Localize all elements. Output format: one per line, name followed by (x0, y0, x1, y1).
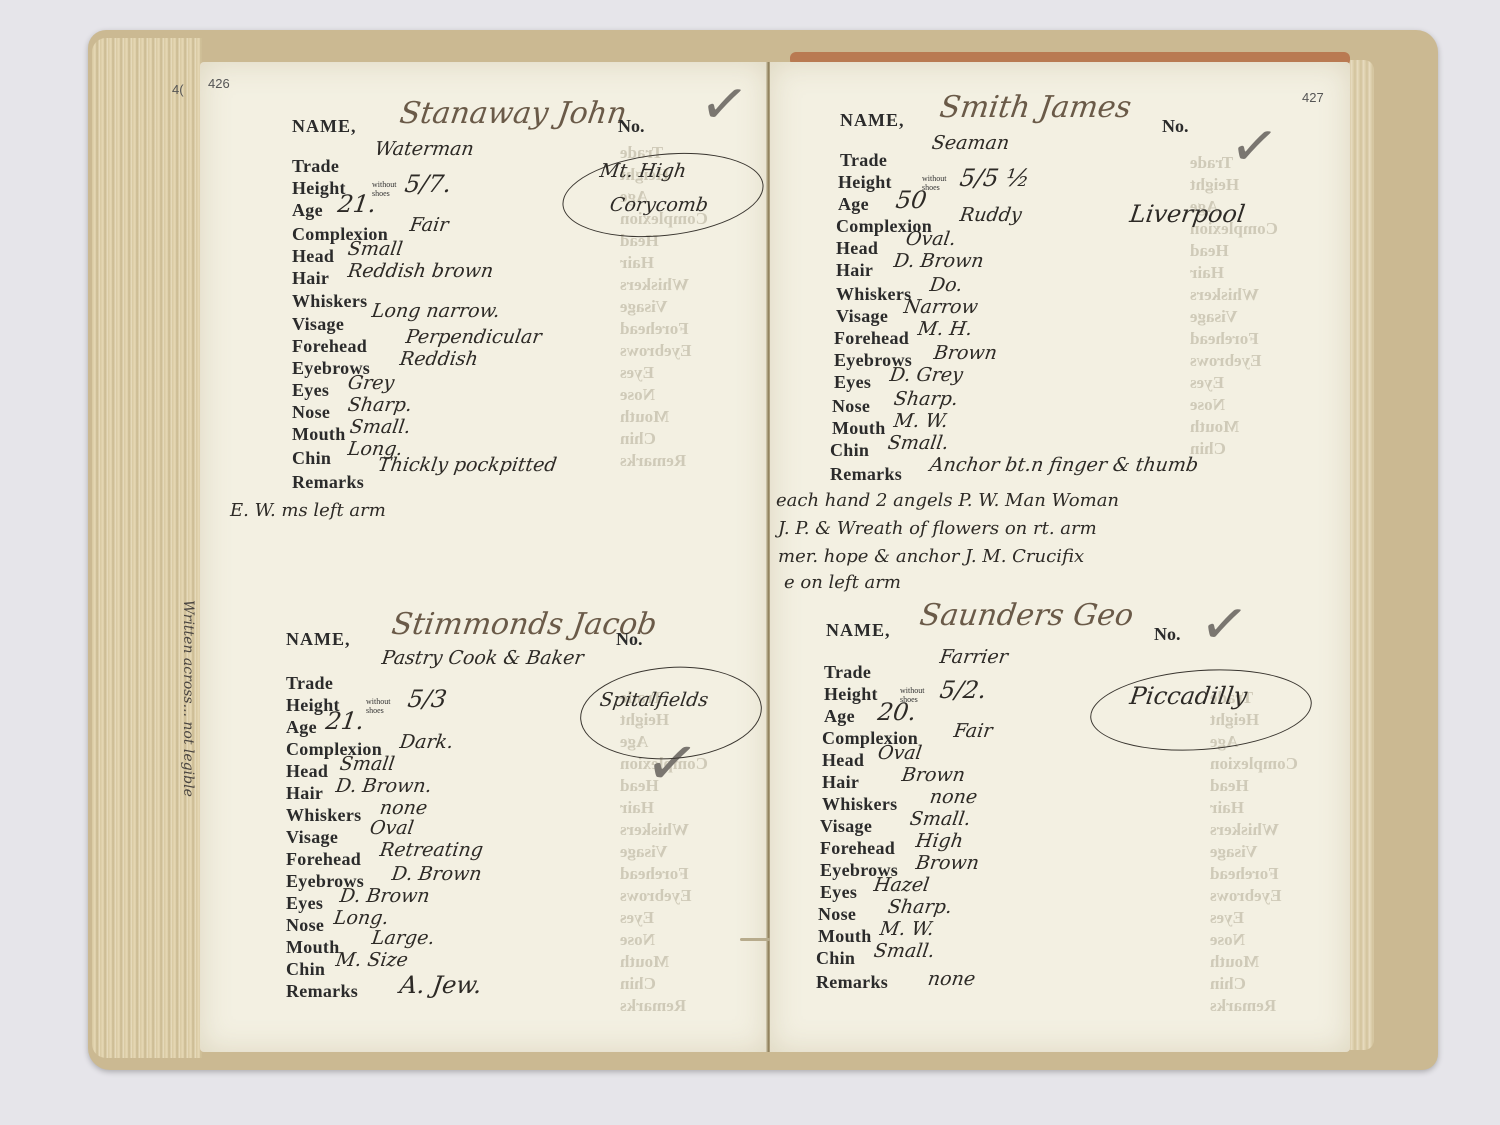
name-label: NAME, (826, 620, 891, 641)
forehead-value: Retreating (378, 839, 484, 861)
name-label: NAME, (292, 116, 357, 137)
mouth-label: Mouth (292, 424, 346, 445)
hair-value: D. Brown. (334, 775, 433, 797)
nose-value: Sharp. (346, 394, 413, 416)
location-value: Spitalfields (598, 689, 709, 711)
trade-value: Waterman (373, 138, 475, 160)
remarks-line: each hand 2 angels P. W. Man Woman (776, 490, 1119, 511)
checkmark-icon: ✓ (1226, 109, 1284, 183)
number-label: No. (1162, 116, 1189, 137)
remarks-line: mer. hope & anchor J. M. Crucifix (778, 546, 1084, 567)
trade-label: Trade (286, 673, 333, 694)
entry-name: Stanaway John (398, 96, 629, 131)
head-label: Head (822, 750, 864, 771)
remarks-label: Remarks (292, 472, 364, 493)
trade-label: Trade (292, 156, 339, 177)
trade-label: Trade (824, 662, 871, 683)
hair-label: Hair (286, 783, 323, 804)
remarks-label: Remarks (816, 972, 888, 993)
mouth-label: Mouth (818, 926, 872, 947)
hair-label: Hair (822, 772, 859, 793)
mouth-value: M. W. (892, 410, 949, 432)
head-value: Oval (876, 742, 923, 764)
whiskers-label: Whiskers (292, 291, 367, 312)
mouth-value: M. W. (878, 918, 935, 940)
visage-value: Narrow (902, 296, 979, 318)
age-label: Age (838, 194, 869, 215)
head-value: Small (338, 753, 396, 775)
forehead-label: Forehead (820, 838, 895, 859)
nose-label: Nose (292, 402, 330, 423)
eyes-label: Eyes (834, 372, 871, 393)
remarks-line: e on left arm (784, 572, 901, 593)
height-note: without shoes (366, 697, 396, 715)
height-value: 5/2. (938, 676, 988, 704)
checkmark-icon: ✓ (1196, 587, 1254, 661)
eyes-value: Grey (346, 372, 395, 394)
location-value: Liverpool (1128, 200, 1247, 228)
forehead-value: Perpendicular (404, 326, 543, 348)
entry-name: Smith James (938, 90, 1134, 125)
nose-value: Sharp. (892, 388, 959, 410)
complexion-value: Fair (952, 720, 993, 742)
remarks-label: Remarks (830, 464, 902, 485)
remarks-value: none (926, 968, 976, 990)
age-value: 21. (336, 190, 378, 218)
number-label: No. (1154, 624, 1181, 645)
checkmark-icon: ✓ (696, 67, 754, 141)
eyes-label: Eyes (286, 893, 323, 914)
page-number: 427 (1302, 90, 1324, 105)
age-label: Age (292, 200, 323, 221)
trade-label: Trade (840, 150, 887, 171)
trade-value: Pastry Cook & Baker (380, 647, 585, 669)
remarks-label: Remarks (286, 981, 358, 1002)
remarks-continued: E. W. ms left arm (230, 500, 386, 521)
eyes-value: D. Brown (338, 885, 431, 907)
prior-page-number: 4( (172, 82, 184, 97)
left-page: 426 4( TradeHeightAgeComplexionHeadHairW… (200, 62, 768, 1052)
forehead-value: M. H. (916, 318, 973, 340)
forehead-label: Forehead (292, 336, 367, 357)
eyes-label: Eyes (292, 380, 329, 401)
eyebrows-value: Brown (932, 342, 998, 364)
whiskers-label: Whiskers (836, 284, 911, 305)
age-label: Age (286, 717, 317, 738)
whiskers-label: Whiskers (286, 805, 361, 826)
nose-label: Nose (832, 396, 870, 417)
mouth-value: Large. (370, 927, 436, 949)
mouth-value: Small. (348, 416, 412, 438)
nose-label: Nose (286, 915, 324, 936)
height-label: Height (838, 172, 892, 193)
complexion-value: Fair (408, 214, 449, 236)
location-value: Piccadilly (1128, 682, 1249, 710)
number-label: No. (618, 116, 645, 137)
head-label: Head (286, 761, 328, 782)
whiskers-value: Do. (928, 274, 963, 296)
forehead-label: Forehead (834, 328, 909, 349)
head-label: Head (292, 246, 334, 267)
visage-value: Long narrow. (370, 300, 501, 322)
age-value: 50 (894, 186, 928, 214)
hair-value: Brown (900, 764, 966, 786)
height-label: Height (824, 684, 878, 705)
eyes-value: D. Grey (888, 364, 964, 386)
bleed-through-text: TradeHeightAgeComplexionHeadHairWhiskers… (1190, 152, 1300, 460)
eyebrows-value: D. Brown (390, 863, 483, 885)
name-label: NAME, (286, 629, 351, 650)
remarks-value: A. Jew. (398, 971, 484, 999)
complexion-value: Dark. (398, 731, 454, 753)
whiskers-value: none (378, 797, 428, 819)
chin-value: M. Size (334, 949, 409, 971)
age-label: Age (824, 706, 855, 727)
visage-label: Visage (292, 314, 344, 335)
visage-value: Oval (368, 817, 415, 839)
right-page: 427 TradeHeightAgeComplexionHeadHairWhis… (770, 62, 1350, 1052)
remarks-value: Anchor bt.n finger & thumb (928, 454, 1199, 476)
chin-label: Chin (286, 959, 325, 980)
visage-value: Small. (908, 808, 972, 830)
head-value: Oval. (904, 228, 957, 250)
whiskers-value: none (928, 786, 978, 808)
head-value: Small (346, 238, 404, 260)
chin-value: Small. (872, 940, 936, 962)
hair-label: Hair (292, 268, 329, 289)
location-value-2: Corycomb (608, 194, 709, 216)
head-label: Head (836, 238, 878, 259)
location-oval (577, 661, 765, 765)
nose-label: Nose (818, 904, 856, 925)
nose-value: Long. (332, 907, 390, 929)
whiskers-label: Whiskers (822, 794, 897, 815)
mouth-label: Mouth (832, 418, 886, 439)
forehead-label: Forehead (286, 849, 361, 870)
entry-name: Saunders Geo (918, 598, 1136, 633)
visage-label: Visage (836, 306, 888, 327)
chin-label: Chin (816, 948, 855, 969)
eyes-value: Hazel (872, 874, 930, 896)
margin-note: Written across... not legible (180, 600, 196, 797)
location-value: Mt. High (598, 160, 687, 182)
chin-value: Small. (886, 432, 950, 454)
nose-value: Sharp. (886, 896, 953, 918)
age-value: 20. (876, 698, 918, 726)
trade-value: Farrier (938, 646, 1009, 668)
height-label: Height (292, 178, 346, 199)
height-value: 5/7. (403, 170, 453, 198)
forehead-value: High (914, 830, 964, 852)
visage-label: Visage (820, 816, 872, 837)
page-edges-left (92, 38, 202, 1058)
chin-label: Chin (292, 448, 331, 469)
height-value: 5/5 ½ (958, 164, 1031, 192)
hair-value: D. Brown (892, 250, 985, 272)
hair-label: Hair (836, 260, 873, 281)
remarks-value: Thickly pockpitted (376, 454, 558, 476)
visage-label: Visage (286, 827, 338, 848)
eyes-label: Eyes (820, 882, 857, 903)
number-label: No. (616, 629, 643, 650)
hair-value: Reddish brown (346, 260, 494, 282)
eyebrows-value: Brown (914, 852, 980, 874)
chin-label: Chin (830, 440, 869, 461)
trade-value: Seaman (930, 132, 1010, 154)
page-number: 426 (208, 76, 230, 91)
complexion-value: Ruddy (958, 204, 1023, 226)
age-value: 21. (324, 707, 366, 735)
height-value: 5/3 (406, 685, 449, 713)
remarks-line: J. P. & Wreath of flowers on rt. arm (778, 518, 1097, 539)
name-label: NAME, (840, 110, 905, 131)
eyebrows-value: Reddish (398, 348, 479, 370)
mouth-label: Mouth (286, 937, 340, 958)
